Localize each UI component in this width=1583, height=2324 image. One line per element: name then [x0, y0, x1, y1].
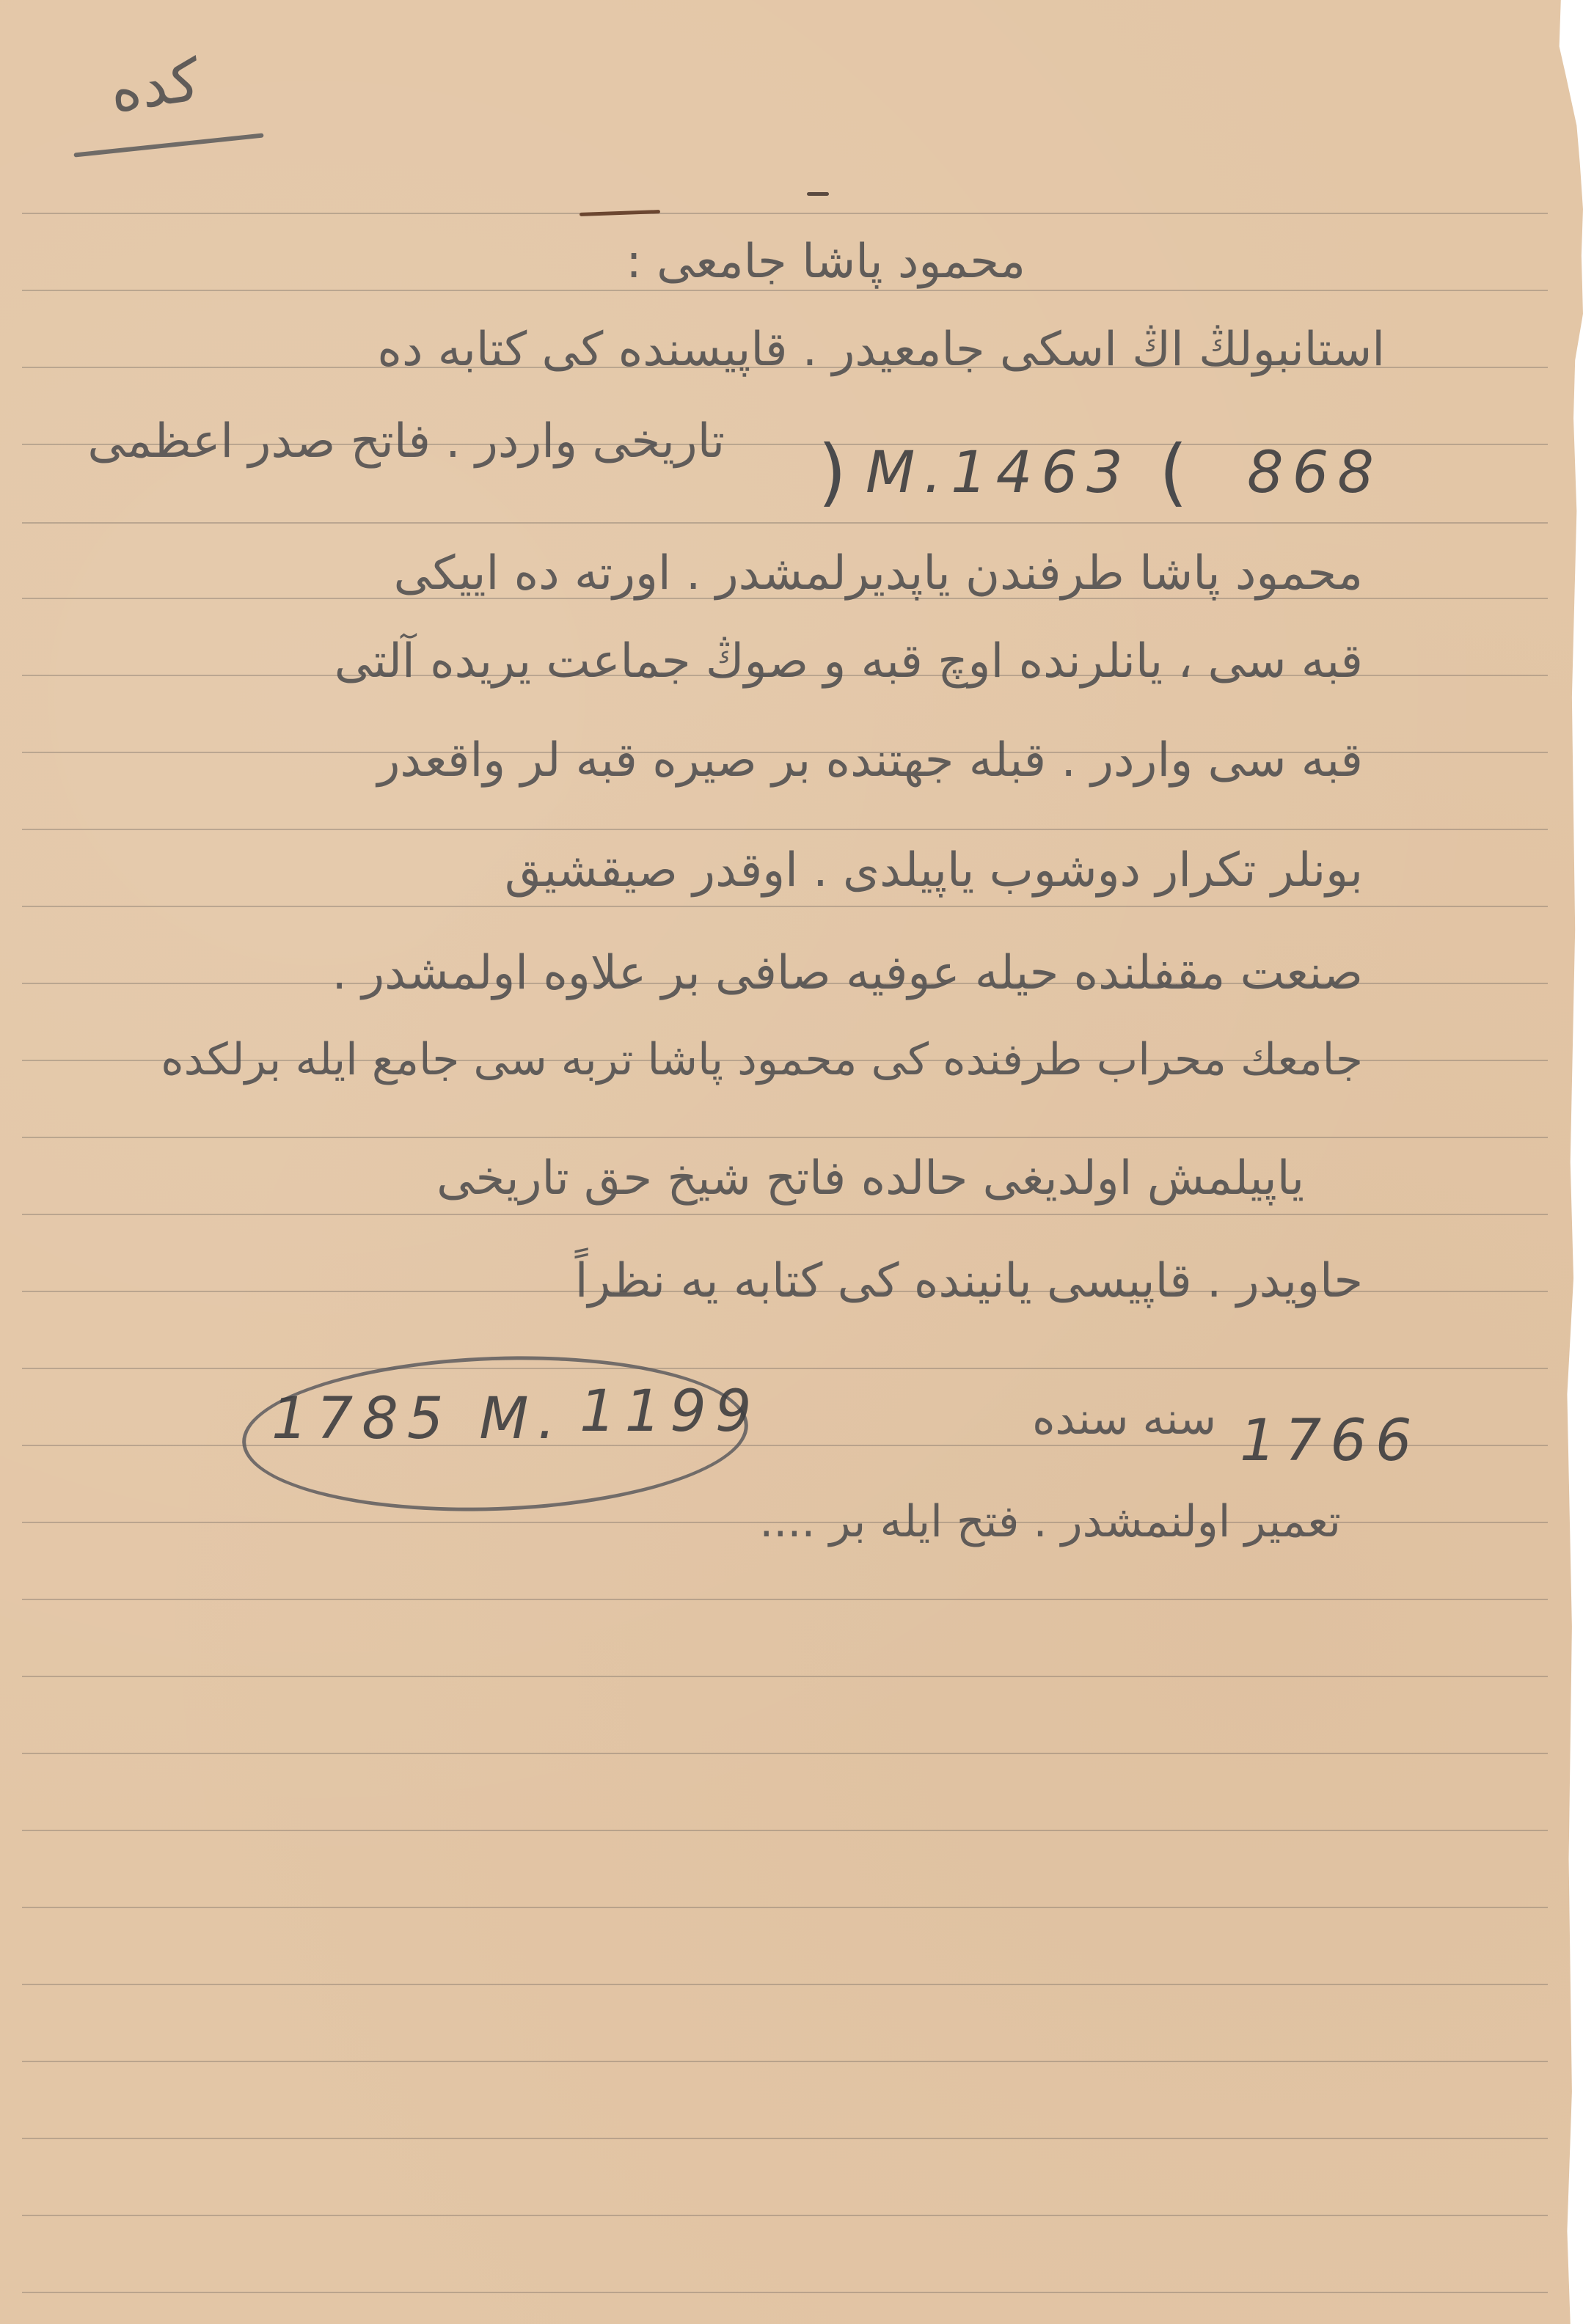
- ruled-line: [22, 2215, 1548, 2216]
- ink-dash-mark: [580, 210, 660, 216]
- ruled-line: [22, 1753, 1548, 1754]
- annotation-line-1: سنه سنده: [1032, 1393, 1216, 1445]
- document-title: محمود پاشا جامعی :: [626, 235, 1026, 289]
- ruled-line: [22, 1676, 1548, 1677]
- text-line-4: قبه سی ، یانلرنده اوچ قبه و صوڭ جماعت یر…: [334, 634, 1363, 689]
- paren-open: (: [1159, 429, 1188, 515]
- ruled-line: [22, 2061, 1548, 2062]
- hijri-founding-year: 868: [1247, 440, 1383, 506]
- heading-underline: [73, 133, 263, 157]
- text-line-5: قبه سی واردر . قبله جهتنده بر صیره قبه ل…: [378, 733, 1364, 788]
- ruled-line: [22, 829, 1548, 830]
- ruled-line: [22, 1830, 1548, 1831]
- text-line-3: محمود پاشا طرفندن یاپدیرلمشدر . اورته ده…: [394, 546, 1363, 601]
- ruled-line: [22, 1907, 1548, 1908]
- hijri-repair-year: 1199: [580, 1379, 761, 1445]
- ruled-line: [22, 290, 1548, 291]
- other-year: 1766: [1240, 1408, 1421, 1474]
- text-line-7: صنعت مقفلنده حیله عوفیه صافی بر علاوه او…: [332, 946, 1363, 1000]
- ruled-line: [22, 1984, 1548, 1985]
- ruled-line: [22, 1137, 1548, 1138]
- text-line-8: جامعك محراب طرفنده كی محمود پاشا تربه سی…: [161, 1034, 1363, 1085]
- text-line-10: حاویدر . قاپیسی یانینده كی كتابه یه نظرا…: [575, 1254, 1363, 1308]
- ruled-line: [22, 522, 1548, 524]
- ruled-line: [22, 2138, 1548, 2139]
- text-line-9: یاپیلمش اولدیغی حالده فاتح شیخ حق تاریخی: [436, 1151, 1304, 1206]
- text-line-2: تاریخی واردر . فاتح صدر اعظمی: [87, 414, 725, 469]
- manuscript-page: کده محمود پاشا جامعی : استانبولڭ اڭ اسكی…: [0, 0, 1583, 2324]
- ink-dash-mark: [807, 192, 829, 196]
- ruled-line: [22, 213, 1548, 214]
- text-line-1: استانبولڭ اڭ اسكی جامعیدر . قاپیسنده كی …: [377, 323, 1385, 377]
- gregorian-repair-year: 1785 M.: [271, 1386, 564, 1452]
- ruled-line: [22, 1368, 1548, 1369]
- text-line-6: بونلر تكرار دوشوب یاپیلدی . اوقدر صیقشیق: [505, 843, 1363, 898]
- gregorian-founding-year: M.1463: [866, 440, 1132, 506]
- ruled-line: [22, 2292, 1548, 2293]
- ruled-line: [22, 1599, 1548, 1600]
- ruled-line: [22, 906, 1548, 907]
- heading-word: کده: [106, 45, 204, 125]
- annotation-line-2: تعمیر اولنمشدر . فتح ایله بر ....: [759, 1496, 1341, 1547]
- paren-close: ): [818, 429, 847, 515]
- ruled-line: [22, 1214, 1548, 1215]
